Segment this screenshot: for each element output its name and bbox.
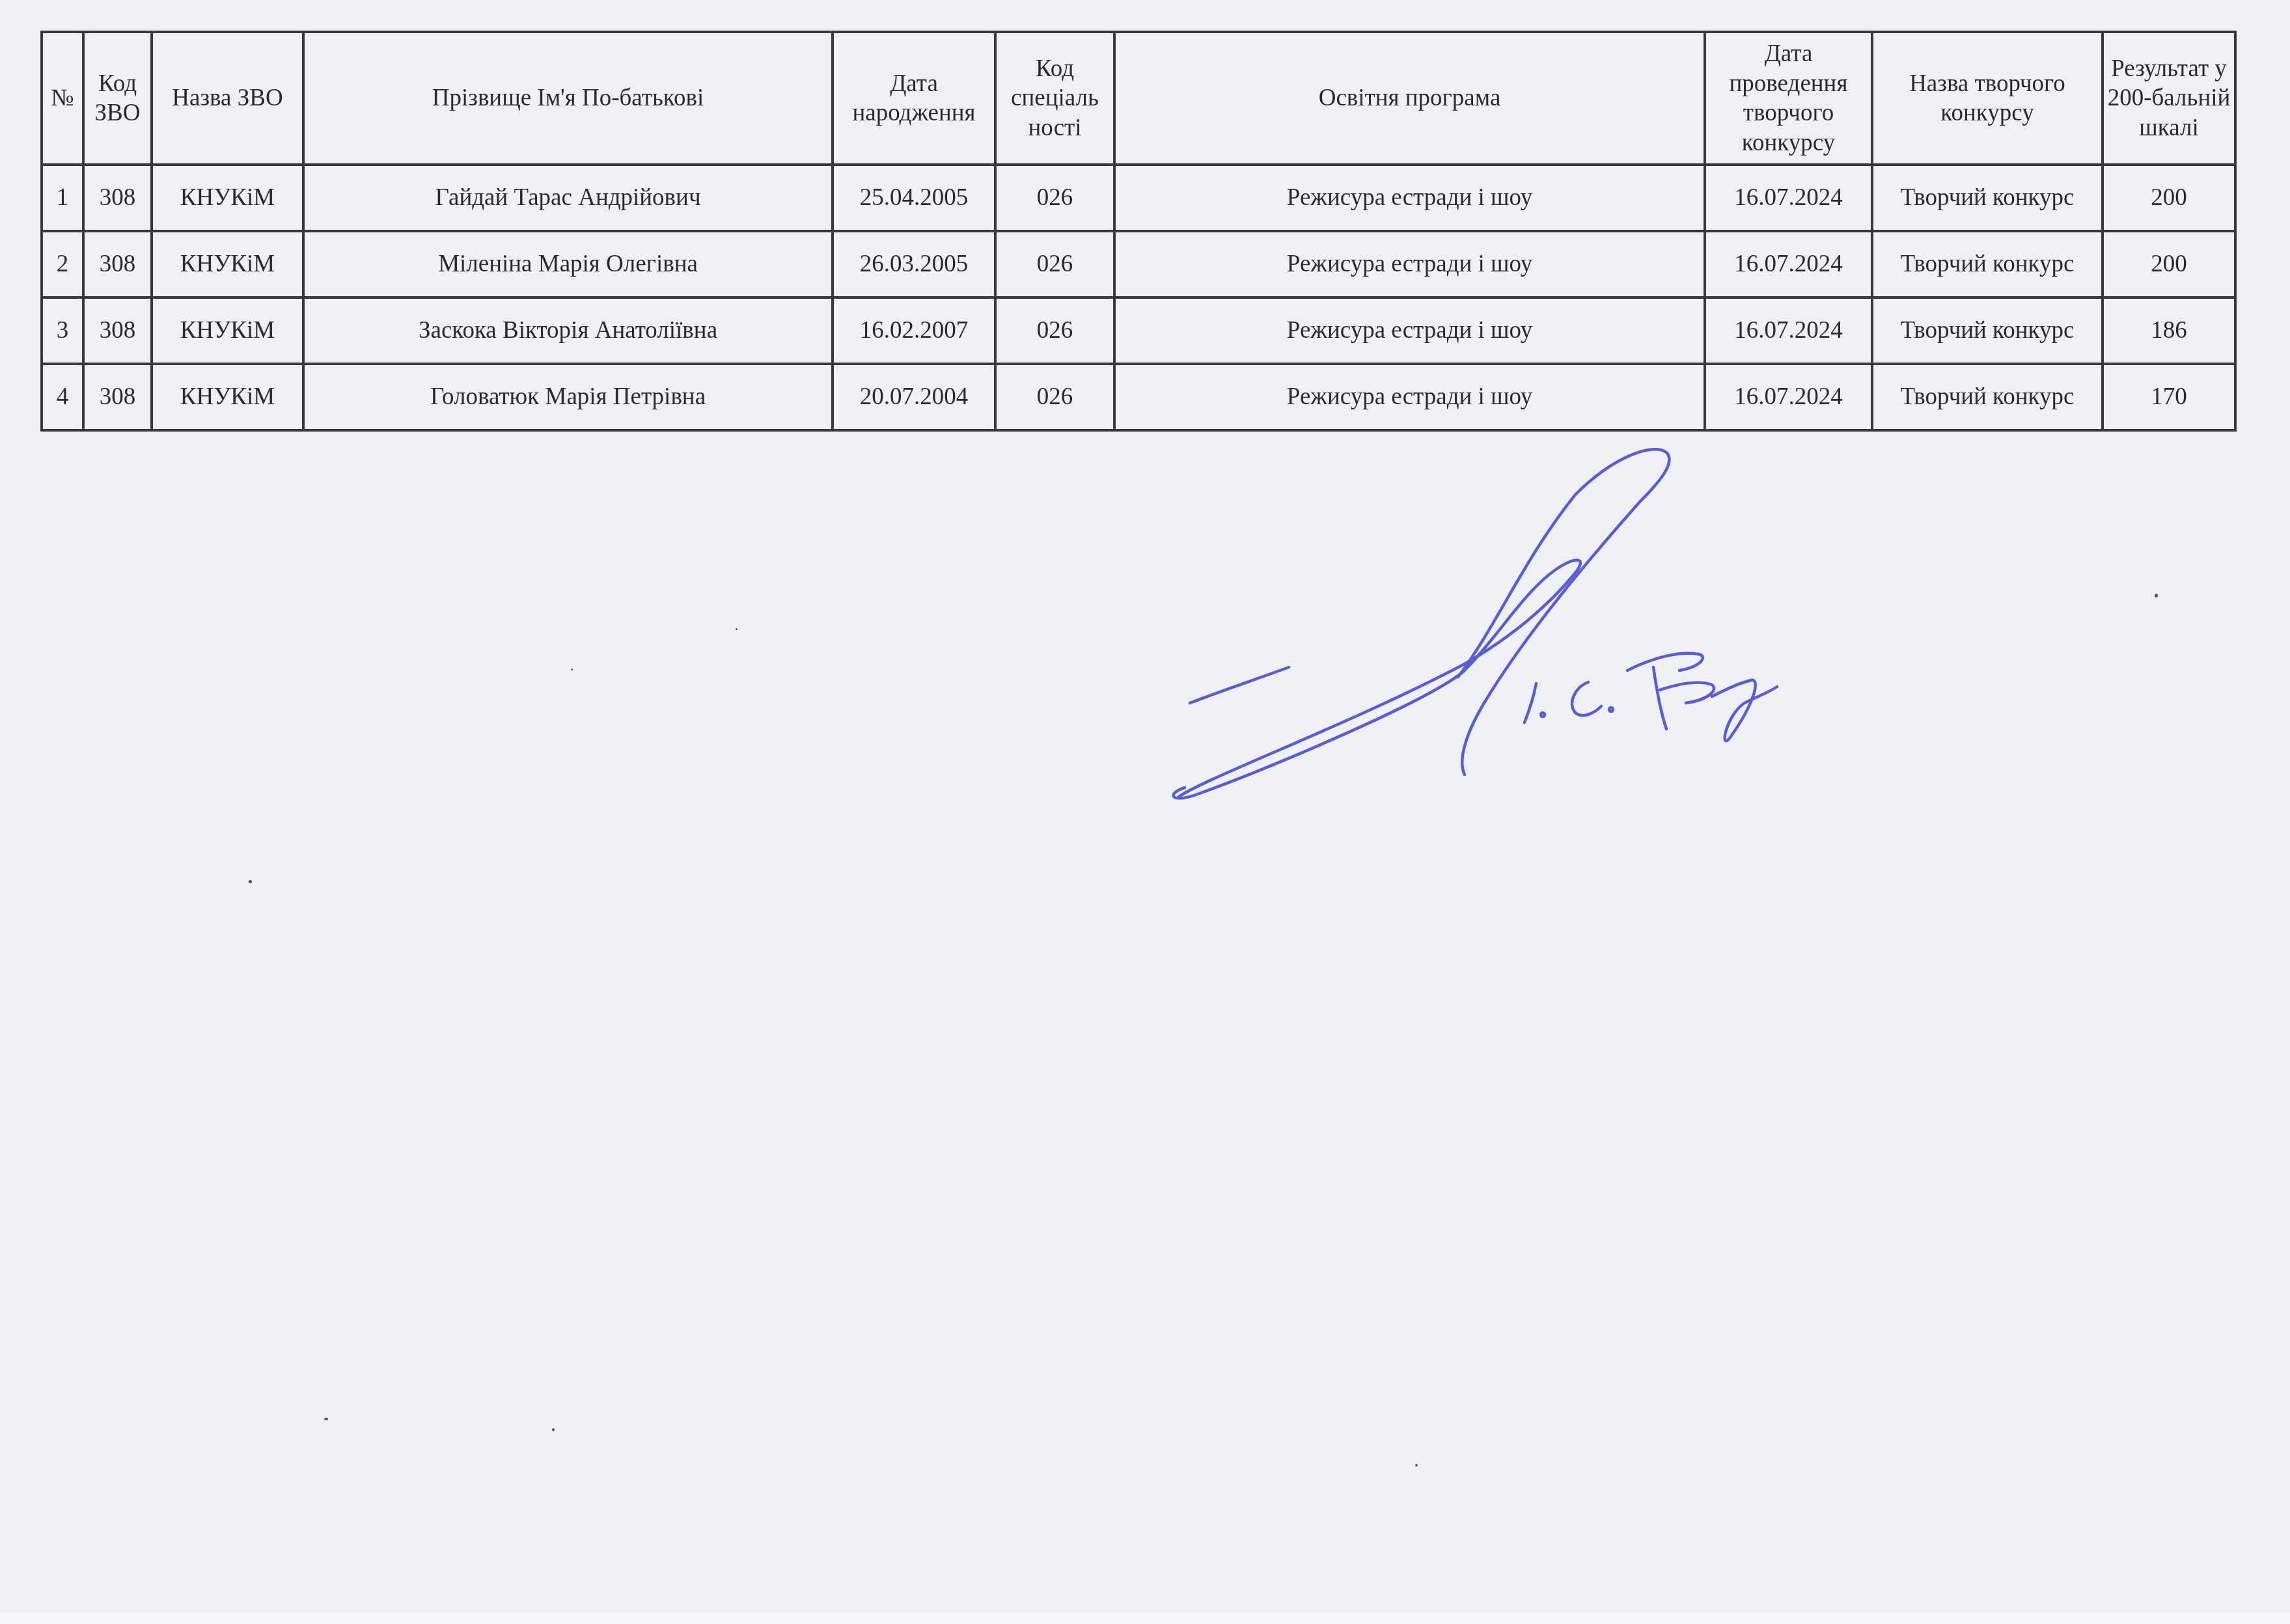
cell-number: 2: [42, 231, 83, 297]
cell-score: 200: [2103, 231, 2235, 297]
cell-contest-date: 16.07.2024: [1705, 165, 1872, 231]
header-institution-code: Код ЗВО: [83, 32, 152, 165]
cell-number: 1: [42, 165, 83, 231]
table-row: 1 308 КНУКіМ Гайдай Тарас Андрійович 25.…: [42, 165, 2235, 231]
cell-specialty-code: 026: [995, 297, 1114, 364]
cell-institution-code: 308: [83, 297, 152, 364]
cell-institution-code: 308: [83, 231, 152, 297]
cell-contest-date: 16.07.2024: [1705, 231, 1872, 297]
header-score: Результат у 200-бальній шкалі: [2103, 32, 2235, 165]
cell-birth-date: 20.07.2004: [833, 364, 995, 430]
scan-speck: [736, 628, 738, 630]
cell-number: 3: [42, 297, 83, 364]
cell-full-name: Головатюк Марія Петрівна: [303, 364, 833, 430]
header-institution-name: Назва ЗВО: [152, 32, 303, 165]
cell-score: 200: [2103, 165, 2235, 231]
signature-strokes: [1174, 449, 1777, 798]
cell-program: Режисура естради і шоу: [1114, 364, 1705, 430]
scan-speck: [552, 1428, 555, 1431]
header-program: Освітня програма: [1114, 32, 1705, 165]
cell-institution-name: КНУКіМ: [152, 364, 303, 430]
cell-program: Режисура естради і шоу: [1114, 297, 1705, 364]
cell-contest-name: Творчий конкурс: [1872, 297, 2103, 364]
cell-birth-date: 16.02.2007: [833, 297, 995, 364]
scan-speck: [249, 880, 252, 883]
scan-speck: [324, 1418, 328, 1420]
cell-number: 4: [42, 364, 83, 430]
cell-specialty-code: 026: [995, 231, 1114, 297]
cell-contest-date: 16.07.2024: [1705, 297, 1872, 364]
scan-speck: [2155, 594, 2158, 598]
header-contest-date: Дата проведення творчого конкурсу: [1705, 32, 1872, 165]
table-row: 3 308 КНУКіМ Заскока Вікторія Анатоліївн…: [42, 297, 2235, 364]
cell-full-name: Міленіна Марія Олегівна: [303, 231, 833, 297]
cell-institution-name: КНУКіМ: [152, 165, 303, 231]
cell-specialty-code: 026: [995, 165, 1114, 231]
cell-score: 170: [2103, 364, 2235, 430]
page-bottom-edge: [0, 1612, 2290, 1624]
table-row: 2 308 КНУКіМ Міленіна Марія Олегівна 26.…: [42, 231, 2235, 297]
cell-specialty-code: 026: [995, 364, 1114, 430]
cell-institution-code: 308: [83, 165, 152, 231]
cell-score: 186: [2103, 297, 2235, 364]
cell-birth-date: 26.03.2005: [833, 231, 995, 297]
cell-program: Режисура естради і шоу: [1114, 231, 1705, 297]
cell-program: Режисура естради і шоу: [1114, 165, 1705, 231]
cell-contest-name: Творчий конкурс: [1872, 165, 2103, 231]
header-number: №: [42, 32, 83, 165]
cell-contest-date: 16.07.2024: [1705, 364, 1872, 430]
table-header-row: № Код ЗВО Назва ЗВО Прізвище Ім'я По-бат…: [42, 32, 2235, 165]
header-full-name: Прізвище Ім'я По-батькові: [303, 32, 833, 165]
header-contest-name: Назва творчого конкурсу: [1872, 32, 2103, 165]
cell-birth-date: 25.04.2005: [833, 165, 995, 231]
signature: [1159, 443, 2148, 807]
cell-institution-name: КНУКіМ: [152, 297, 303, 364]
scan-speck: [1415, 1464, 1418, 1466]
cell-full-name: Заскока Вікторія Анатоліївна: [303, 297, 833, 364]
header-specialty-code: Код спеціаль ності: [995, 32, 1114, 165]
scan-speck: [571, 668, 573, 670]
cell-institution-code: 308: [83, 364, 152, 430]
cell-contest-name: Творчий конкурс: [1872, 231, 2103, 297]
cell-institution-name: КНУКіМ: [152, 231, 303, 297]
table-row: 4 308 КНУКіМ Головатюк Марія Петрівна 20…: [42, 364, 2235, 430]
header-birth-date: Дата народження: [833, 32, 995, 165]
cell-full-name: Гайдай Тарас Андрійович: [303, 165, 833, 231]
results-table: № Код ЗВО Назва ЗВО Прізвище Ім'я По-бат…: [40, 31, 2237, 432]
cell-contest-name: Творчий конкурс: [1872, 364, 2103, 430]
